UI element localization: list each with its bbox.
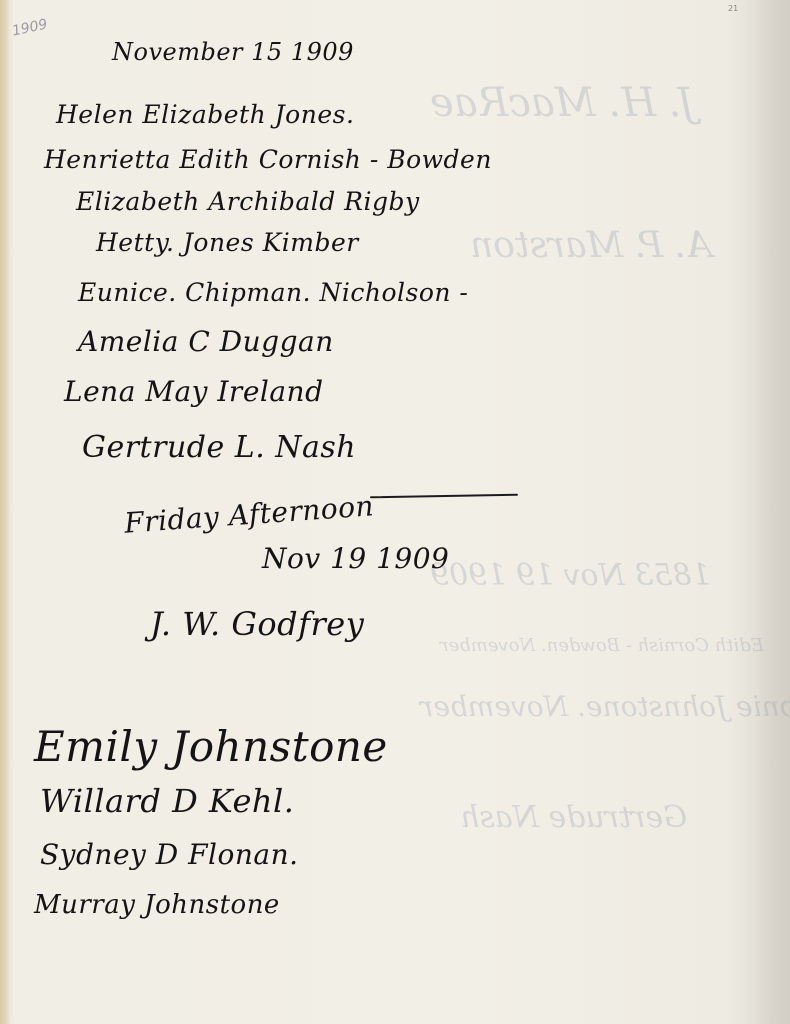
entry-note: Friday Afternoon bbox=[123, 489, 375, 539]
bleed-through-text: A. P. Marston bbox=[470, 225, 712, 266]
ink-flourish-line bbox=[370, 494, 518, 499]
signature-line: Murray Johnstone bbox=[34, 890, 280, 920]
corner-page-mark: 21 bbox=[728, 4, 738, 13]
signature-line: Helen Elizabeth Jones. bbox=[56, 100, 354, 129]
page-outer-edge bbox=[754, 0, 790, 1024]
bleed-through-text: Leonie Johnstone. November bbox=[420, 690, 790, 723]
signature-line: Elizabeth Archibald Rigby bbox=[76, 187, 420, 216]
entry-date-heading: November 15 1909 bbox=[112, 38, 354, 66]
pencil-margin-note: 1909 bbox=[11, 16, 49, 39]
signature-line: Henrietta Edith Cornish - Bowden bbox=[44, 145, 492, 174]
bleed-through-text: Edith Cornish - Bowden. November bbox=[440, 635, 764, 656]
signature-line: Sydney D Flonan. bbox=[40, 838, 299, 871]
bleed-through-text: Gertrude Nash bbox=[460, 800, 687, 835]
signature-line: Amelia C Duggan bbox=[78, 325, 334, 358]
bleed-through-text: J. H. MacRae bbox=[430, 80, 694, 126]
bleed-through-text: 1853 Nov 19 1909 bbox=[430, 558, 711, 593]
signature-line: Willard D Kehl. bbox=[40, 782, 294, 820]
entry-date: Nov 19 1909 bbox=[262, 542, 449, 575]
signature-line: Hetty. Jones Kimber bbox=[96, 228, 359, 257]
signature-line: Gertrude L. Nash bbox=[82, 430, 356, 465]
page-binding-edge bbox=[0, 0, 10, 1024]
signature-line: Emily Johnstone bbox=[34, 722, 388, 771]
signature-line: Lena May Ireland bbox=[64, 375, 324, 408]
signature-line: J. W. Godfrey bbox=[150, 605, 364, 643]
guestbook-page: 1909 21 J. H. MacRae A. P. Marston 1853 … bbox=[0, 0, 790, 1024]
signature-line: Eunice. Chipman. Nicholson - bbox=[78, 278, 468, 307]
